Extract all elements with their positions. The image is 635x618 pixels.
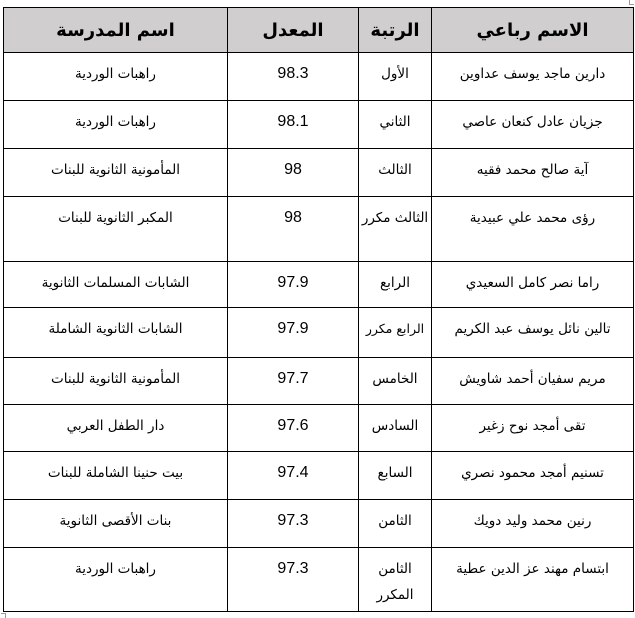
table-row: آية صالح محمد فقيه الثالث 98 المأمونية ا… xyxy=(4,149,634,197)
table-row: تقى أمجد نوح زغير السادس 97.6 دار الطفل … xyxy=(4,405,634,452)
cell-rank: السابع xyxy=(359,452,432,500)
cell-full-name: تسنيم أمجد محمود نصري xyxy=(432,452,634,500)
cell-full-name: رنين محمد وليد دويك xyxy=(432,500,634,548)
cell-full-name: مريم سفيان أحمد شاويش xyxy=(432,358,634,405)
cell-full-name: تالين نائل يوسف عبد الكريم xyxy=(432,308,634,358)
student-rank: السادس xyxy=(359,405,431,439)
student-school: بيت حنينا الشاملة للبنات xyxy=(4,452,227,486)
cell-rank: الرابع مكرر xyxy=(359,308,432,358)
student-name: راما نصر كامل السعيدي xyxy=(432,262,633,296)
cell-average: 97.3 xyxy=(228,500,359,548)
student-rank: الثالث مكرر xyxy=(359,197,431,231)
student-rank: الأول xyxy=(359,53,431,87)
student-average: 97.9 xyxy=(228,262,358,296)
cell-school: الشابات الثانوية الشاملة xyxy=(4,308,228,358)
student-name: ابتسام مهند عز الدين عطية xyxy=(432,548,633,582)
student-school: الشابات المسلمات الثانوية xyxy=(4,262,227,296)
cell-average: 97.4 xyxy=(228,452,359,500)
student-rank: الرابع xyxy=(359,262,431,296)
student-name: تالين نائل يوسف عبد الكريم xyxy=(432,308,633,342)
cell-school: المأمونية الثانوية للبنات xyxy=(4,358,228,405)
student-name: جزيان عادل كنعان عاصي xyxy=(432,101,633,135)
student-rank: السابع xyxy=(359,452,431,486)
student-average: 97.6 xyxy=(228,405,358,439)
cell-full-name: راما نصر كامل السعيدي xyxy=(432,262,634,308)
cell-average: 98.3 xyxy=(228,53,359,101)
cell-rank: الثامن المكرر xyxy=(359,548,432,612)
header-full-name: الاسم رباعي xyxy=(432,8,634,53)
student-name: تسنيم أمجد محمود نصري xyxy=(432,452,633,486)
cell-rank: الثالث مكرر xyxy=(359,197,432,262)
page-corner-mark xyxy=(629,0,634,5)
student-name: رؤى محمد علي عبيدية xyxy=(432,197,633,231)
table-row: رؤى محمد علي عبيدية الثالث مكرر 98 المكب… xyxy=(4,197,634,262)
student-name: تقى أمجد نوح زغير xyxy=(432,405,633,439)
table-row: مريم سفيان أحمد شاويش الخامس 97.7 المأمو… xyxy=(4,358,634,405)
cell-full-name: آية صالح محمد فقيه xyxy=(432,149,634,197)
student-school: المكبر الثانوية للبنات xyxy=(4,197,227,231)
student-rank: الثامن xyxy=(359,500,431,534)
cell-rank: الثالث xyxy=(359,149,432,197)
cell-average: 97.3 xyxy=(228,548,359,612)
cell-full-name: رؤى محمد علي عبيدية xyxy=(432,197,634,262)
cell-school: المكبر الثانوية للبنات xyxy=(4,197,228,262)
student-rank: الثامن المكرر xyxy=(359,548,431,608)
student-name: مريم سفيان أحمد شاويش xyxy=(432,358,633,392)
student-average: 98 xyxy=(228,197,358,231)
cell-rank: الخامس xyxy=(359,358,432,405)
student-school: المأمونية الثانوية للبنات xyxy=(4,149,227,183)
table-row: تسنيم أمجد محمود نصري السابع 97.4 بيت حن… xyxy=(4,452,634,500)
cell-rank: الثاني xyxy=(359,101,432,149)
cell-school: بنات الأقصى الثانوية xyxy=(4,500,228,548)
table-row: راما نصر كامل السعيدي الرابع 97.9 الشابا… xyxy=(4,262,634,308)
table-row: تالين نائل يوسف عبد الكريم الرابع مكرر 9… xyxy=(4,308,634,358)
student-rank: الرابع مكرر xyxy=(359,308,431,342)
student-average: 97.3 xyxy=(228,500,358,534)
header-rank: الرتبة xyxy=(359,8,432,53)
cell-rank: الرابع xyxy=(359,262,432,308)
cell-school: بيت حنينا الشاملة للبنات xyxy=(4,452,228,500)
cell-rank: الأول xyxy=(359,53,432,101)
student-school: راهبات الوردية xyxy=(4,53,227,87)
cell-average: 98 xyxy=(228,149,359,197)
student-school: الشابات الثانوية الشاملة xyxy=(4,308,227,342)
cell-average: 98.1 xyxy=(228,101,359,149)
student-school: المأمونية الثانوية للبنات xyxy=(4,358,227,392)
student-average: 98.3 xyxy=(228,53,358,87)
cell-rank: الثامن xyxy=(359,500,432,548)
cell-average: 98 xyxy=(228,197,359,262)
cell-average: 97.9 xyxy=(228,262,359,308)
cell-school: المأمونية الثانوية للبنات xyxy=(4,149,228,197)
table-header-row: الاسم رباعي الرتبة المعدل اسم المدرسة xyxy=(4,8,634,53)
cell-school: راهبات الوردية xyxy=(4,101,228,149)
student-school: دار الطفل العربي xyxy=(4,405,227,439)
student-average: 97.7 xyxy=(228,358,358,392)
table-row: دارين ماجد يوسف عداوين الأول 98.3 راهبات… xyxy=(4,53,634,101)
top-students-table: الاسم رباعي الرتبة المعدل اسم المدرسة دا… xyxy=(3,7,634,612)
table-row: ابتسام مهند عز الدين عطية الثامن المكرر … xyxy=(4,548,634,612)
cell-school: راهبات الوردية xyxy=(4,548,228,612)
student-school: راهبات الوردية xyxy=(4,101,227,135)
student-name: دارين ماجد يوسف عداوين xyxy=(432,53,633,87)
header-average: المعدل xyxy=(228,8,359,53)
cell-average: 97.9 xyxy=(228,308,359,358)
cell-full-name: ابتسام مهند عز الدين عطية xyxy=(432,548,634,612)
student-average: 97.4 xyxy=(228,452,358,486)
cell-full-name: دارين ماجد يوسف عداوين xyxy=(432,53,634,101)
student-average: 98 xyxy=(228,149,358,183)
student-school: بنات الأقصى الثانوية xyxy=(4,500,227,534)
table-row: رنين محمد وليد دويك الثامن 97.3 بنات الأ… xyxy=(4,500,634,548)
table-row: جزيان عادل كنعان عاصي الثاني 98.1 راهبات… xyxy=(4,101,634,149)
student-school: راهبات الوردية xyxy=(4,548,227,582)
student-average: 98.1 xyxy=(228,101,358,135)
cell-rank: السادس xyxy=(359,405,432,452)
page-corner-mark xyxy=(1,613,6,618)
student-rank: الخامس xyxy=(359,358,431,392)
cell-school: الشابات المسلمات الثانوية xyxy=(4,262,228,308)
header-school: اسم المدرسة xyxy=(4,8,228,53)
cell-average: 97.6 xyxy=(228,405,359,452)
cell-full-name: تقى أمجد نوح زغير xyxy=(432,405,634,452)
cell-full-name: جزيان عادل كنعان عاصي xyxy=(432,101,634,149)
student-name: آية صالح محمد فقيه xyxy=(432,149,633,183)
cell-average: 97.7 xyxy=(228,358,359,405)
student-average: 97.9 xyxy=(228,308,358,342)
student-rank: الثالث xyxy=(359,149,431,183)
student-rank: الثاني xyxy=(359,101,431,135)
cell-school: دار الطفل العربي xyxy=(4,405,228,452)
student-average: 97.3 xyxy=(228,548,358,582)
cell-school: راهبات الوردية xyxy=(4,53,228,101)
student-name: رنين محمد وليد دويك xyxy=(432,500,633,534)
